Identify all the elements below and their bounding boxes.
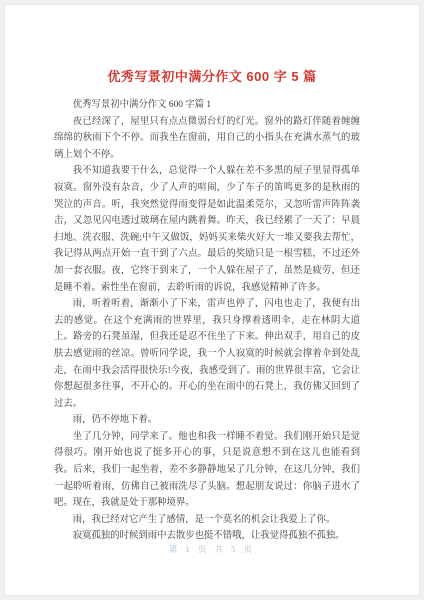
page-title: 优秀写景初中满分作文 600 字 5 篇 [5,66,419,85]
page-number-footer: 第 1 页 共 5 页 [5,543,419,555]
document-page: 优秀写景初中满分作文 600 字 5 篇 优秀写景初中满分作文 600 字篇 1… [5,5,419,595]
essay-body: 优秀写景初中满分作文 600 字篇 1 夜已经深了，屋里只有点点微弱台灯的灯光。… [54,97,360,545]
essay-paragraph: 雨，我已经对它产生了感情，是一个莫名的机会让我爱上了你。 [54,512,360,529]
essay-paragraphs: 夜已经深了，屋里只有点点微弱台灯的灯光。窗外的路灯伴随着缠缠绵绵的秋雨下个不停。… [54,114,360,545]
essay-paragraph: 坐了几分钟，同学来了。他也和我一样睡不着觉。我们刚开始只是觉得很巧。刚开始也说了… [54,429,360,512]
essay-paragraph: 夜已经深了，屋里只有点点微弱台灯的灯光。窗外的路灯伴随着缠缠绵绵的秋雨下个不停。… [54,114,360,164]
essay-paragraph: 雨，仍不停地下着。 [54,412,360,429]
essay-paragraph: 雨，听着听着，渐渐小了下来，雷声也停了，闪电也走了，我便有出去的感觉。在这个充满… [54,296,360,412]
essay-paragraph: 我不知道我要干什么，总觉得一个人躲在差不多黑的屋子里显得孤单寂寞。窗外没有杂音，… [54,163,360,296]
essay-section-heading: 优秀写景初中满分作文 600 字篇 1 [54,97,360,114]
